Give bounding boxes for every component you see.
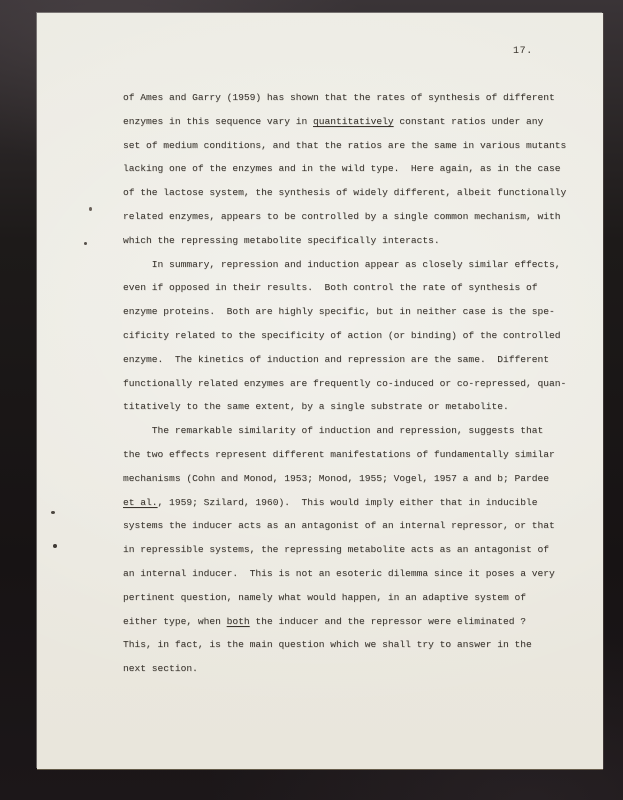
text-line: cificity related to the specificity of a… (123, 324, 583, 348)
text-line: functionally related enzymes are frequen… (123, 372, 583, 396)
text-segment: which the repressing metabolite specific… (123, 235, 440, 246)
text-line: either type, when both the inducer and t… (123, 610, 583, 634)
text-line: lacking one of the enzymes and in the wi… (123, 157, 583, 181)
text-line: even if opposed in their results. Both c… (123, 276, 583, 300)
text-segment: pertinent question, namely what would ha… (123, 592, 526, 603)
text-segment: related enzymes, appears to be controlle… (123, 211, 561, 222)
text-segment: an internal inducer. This is not an esot… (123, 568, 555, 579)
text-line: of Ames and Garry (1959) has shown that … (123, 86, 583, 110)
text-line: This, in fact, is the main question whic… (123, 633, 583, 657)
document-page: 17. of Ames and Garry (1959) has shown t… (37, 13, 603, 769)
text-segment: set of medium conditions, and that the r… (123, 140, 566, 151)
underlined-text: quantitatively (313, 116, 394, 127)
text-segment: in repressible systems, the repressing m… (123, 544, 549, 555)
photo-mat-background: 17. of Ames and Garry (1959) has shown t… (0, 0, 623, 800)
text-line: the two effects represent different mani… (123, 443, 583, 467)
underlined-text: both (227, 616, 250, 627)
text-line: which the repressing metabolite specific… (123, 229, 583, 253)
text-segment: titatively to the same extent, by a sing… (123, 401, 509, 412)
text-segment: either type, when (123, 616, 227, 627)
text-segment: next section. (123, 663, 198, 674)
text-line: enzyme. The kinetics of induction and re… (123, 348, 583, 372)
margin-mark (84, 242, 87, 245)
text-segment: of Ames and Garry (1959) has shown that … (123, 92, 555, 103)
typed-text-body: of Ames and Garry (1959) has shown that … (123, 86, 583, 681)
margin-mark (51, 511, 55, 514)
text-line: et al., 1959; Szilard, 1960). This would… (123, 491, 583, 515)
text-line: enzymes in this sequence vary in quantit… (123, 110, 583, 134)
text-line: In summary, repression and induction app… (123, 253, 583, 277)
text-segment: enzymes in this sequence vary in (123, 116, 313, 127)
text-line: an internal inducer. This is not an esot… (123, 562, 583, 586)
text-line: mechanisms (Cohn and Monod, 1953; Monod,… (123, 467, 583, 491)
text-line: related enzymes, appears to be controlle… (123, 205, 583, 229)
text-segment: of the lactose system, the synthesis of … (123, 187, 566, 198)
text-line: enzyme proteins. Both are highly specifi… (123, 300, 583, 324)
text-segment: enzyme. The kinetics of induction and re… (123, 354, 549, 365)
text-line: pertinent question, namely what would ha… (123, 586, 583, 610)
text-segment: This, in fact, is the main question whic… (123, 639, 532, 650)
margin-mark (53, 544, 57, 548)
text-line: set of medium conditions, and that the r… (123, 134, 583, 158)
text-line: next section. (123, 657, 583, 681)
text-line: of the lactose system, the synthesis of … (123, 181, 583, 205)
text-segment: constant ratios under any (394, 116, 544, 127)
text-segment: enzyme proteins. Both are highly specifi… (123, 306, 555, 317)
text-segment: , 1959; Szilard, 1960). This would imply… (158, 497, 538, 508)
underlined-text: et al. (123, 497, 158, 508)
text-segment: functionally related enzymes are frequen… (123, 378, 566, 389)
text-segment: cificity related to the specificity of a… (123, 330, 561, 341)
text-line: titatively to the same extent, by a sing… (123, 395, 583, 419)
text-segment: In summary, repression and induction app… (123, 259, 561, 270)
text-segment: the two effects represent different mani… (123, 449, 555, 460)
text-line: The remarkable similarity of induction a… (123, 419, 583, 443)
text-segment: mechanisms (Cohn and Monod, 1953; Monod,… (123, 473, 549, 484)
text-line: in repressible systems, the repressing m… (123, 538, 583, 562)
text-segment: systems the inducer acts as an antagonis… (123, 520, 555, 531)
text-line: systems the inducer acts as an antagonis… (123, 514, 583, 538)
page-number: 17. (513, 46, 533, 57)
text-segment: the inducer and the repressor were elimi… (250, 616, 526, 627)
margin-mark (89, 207, 92, 211)
text-segment: The remarkable similarity of induction a… (123, 425, 543, 436)
text-segment: lacking one of the enzymes and in the wi… (123, 163, 561, 174)
text-segment: even if opposed in their results. Both c… (123, 282, 538, 293)
